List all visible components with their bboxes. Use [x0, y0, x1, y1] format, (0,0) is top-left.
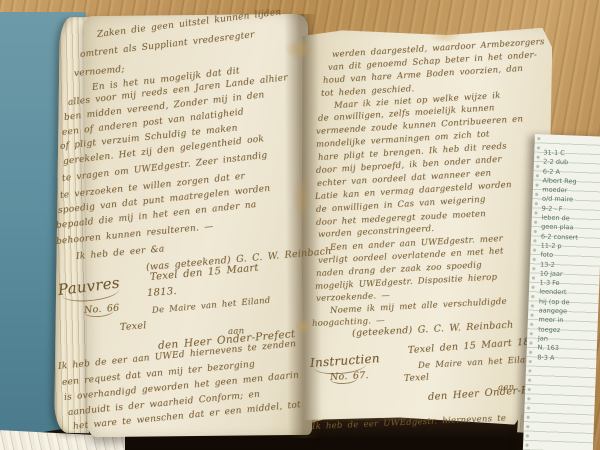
stain	[295, 318, 312, 335]
note-text: 31-1 C 2-2 dub 6-2 A Albert Reg moeder o…	[537, 149, 580, 364]
note-line: 2-2 dub	[543, 158, 580, 168]
letter-dateline: 1813.	[147, 286, 178, 299]
note-line: N. 163	[537, 344, 574, 354]
stain	[428, 30, 462, 43]
stain	[285, 38, 313, 60]
note-paper: 31-1 C 2-2 dub 6-2 A Albert Reg moeder o…	[523, 134, 600, 450]
photo-scene: Zaken die geen uitstel kunnen lijden omt…	[0, 0, 600, 450]
stain	[292, 175, 312, 221]
note-line: foto	[540, 251, 577, 261]
letter-sender: Texel	[120, 320, 147, 333]
letter-sender: Texel	[404, 373, 430, 384]
note-line: 8-3 A	[537, 353, 574, 363]
